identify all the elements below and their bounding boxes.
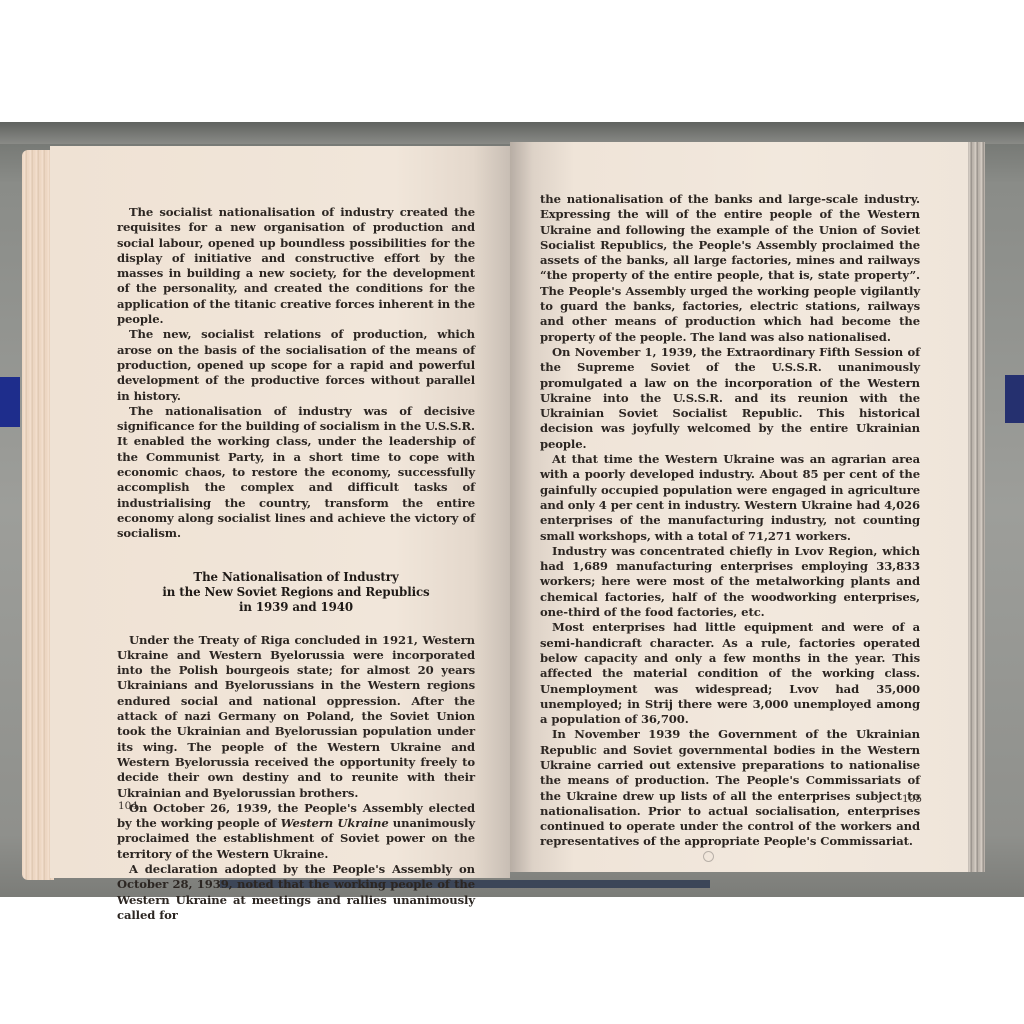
paragraph: Under the Treaty of Riga concluded in 19… [117, 633, 475, 801]
paragraph: A declaration adopted by the People's As… [117, 862, 475, 923]
paragraph: In November 1939 the Government of the U… [540, 727, 920, 849]
page-number-right: 105 [902, 793, 922, 805]
left-page-text: The socialist nationalisation of industr… [117, 205, 475, 923]
cover-blue-band-right [1005, 375, 1024, 423]
paragraph: Industry was concentrated chiefly in Lvo… [540, 544, 920, 620]
page-number-left: 104 [118, 800, 138, 812]
paper-speck [703, 851, 714, 862]
cover-blue-band-left [0, 377, 20, 427]
heading-line: in 1939 and 1940 [117, 600, 475, 615]
paragraph: At that time the Western Ukraine was an … [540, 452, 920, 544]
paragraph: The socialist nationalisation of industr… [117, 205, 475, 327]
right-page-text: the nationalisation of the banks and lar… [540, 192, 920, 850]
paragraph: The nationalisation of industry was of d… [117, 404, 475, 542]
heading-line: in the New Soviet Regions and Republics [117, 585, 475, 600]
paragraph: The new, socialist relations of producti… [117, 327, 475, 403]
cover-top-edge [0, 122, 1024, 144]
section-heading: The Nationalisation of Industry in the N… [117, 570, 475, 615]
paragraph: On October 26, 1939, the People's Assemb… [117, 801, 475, 862]
heading-line: The Nationalisation of Industry [117, 570, 475, 585]
paragraph: On November 1, 1939, the Extraordinary F… [540, 345, 920, 452]
paragraph-continuation: the nationalisation of the banks and lar… [540, 192, 920, 345]
paragraph: Most enterprises had little equipment an… [540, 620, 920, 727]
italic-emphasis: Western Ukraine [281, 816, 389, 830]
